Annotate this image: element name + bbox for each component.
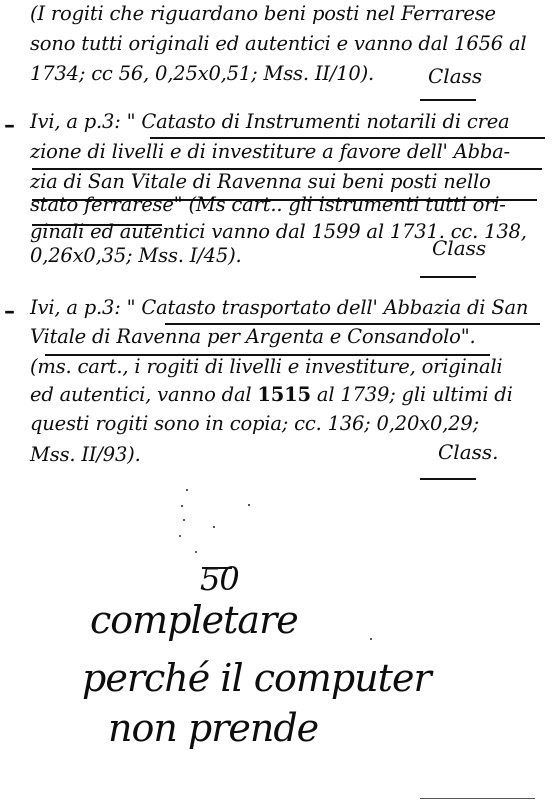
class-underline (420, 276, 476, 278)
text-line: 0,26x0,35; Mss. I/45). (30, 244, 241, 267)
class-mark: Class (428, 64, 482, 88)
text-line: sono tutti originali ed autentici e vann… (30, 32, 526, 55)
annotation-line: perché il computer (82, 656, 431, 700)
text-line: questi rogiti sono in copia; cc. 136; 0,… (30, 412, 479, 435)
class-mark: Class (432, 236, 486, 260)
ink-speck (213, 526, 215, 528)
text-line: Ivi, a p.3: " Catasto di Instrumenti not… (30, 110, 509, 133)
entry-bullet: – (4, 298, 15, 324)
text-line: Vitale di Ravenna per Argenta e Consando… (30, 325, 476, 348)
ink-speck (179, 535, 181, 537)
annotation-number: 50 (200, 560, 239, 598)
class-underline (420, 478, 476, 480)
number-stroke (202, 567, 232, 569)
annotation-line: non prende (108, 706, 318, 750)
text-fragment: al 1739; gli ultimi di (311, 383, 513, 406)
manuscript-page: (I rogiti che riguardano beni posti nel … (0, 0, 553, 800)
text-line: (ms. cart., i rogiti di livelli e invest… (30, 355, 502, 378)
text-line: 1734; cc 56, 0,25x0,51; Mss. II/10). (30, 62, 374, 85)
text-line-with-year: ed autentici, vanno dal 1515 al 1739; gl… (30, 383, 513, 406)
text-line: stato ferrarese" (Ms cart.. gli istrumen… (30, 193, 506, 216)
text-line: zia di San Vitale di Ravenna sui beni po… (30, 170, 491, 193)
title-underline (150, 137, 545, 139)
text-fragment: ed autentici, vanno dal (30, 383, 257, 406)
class-underline (420, 99, 476, 101)
text-line: (I rogiti che riguardano beni posti nel … (30, 2, 496, 25)
entry-bullet: – (4, 112, 15, 138)
corrected-year: 1515 (257, 383, 310, 406)
ink-speck (181, 505, 183, 507)
ink-speck (195, 551, 197, 553)
annotation-line: completare (90, 598, 298, 642)
ink-speck (370, 638, 372, 640)
text-line: Mss. II/93). (30, 443, 141, 466)
class-mark: Class. (438, 440, 499, 464)
ink-speck (183, 519, 185, 521)
page-edge-rule (420, 798, 535, 799)
text-line: Ivi, a p.3: " Catasto trasportato dell' … (30, 296, 528, 319)
ink-speck (248, 504, 250, 506)
text-line: zione di livelli e di investiture a favo… (30, 140, 510, 163)
ink-speck (186, 489, 188, 491)
